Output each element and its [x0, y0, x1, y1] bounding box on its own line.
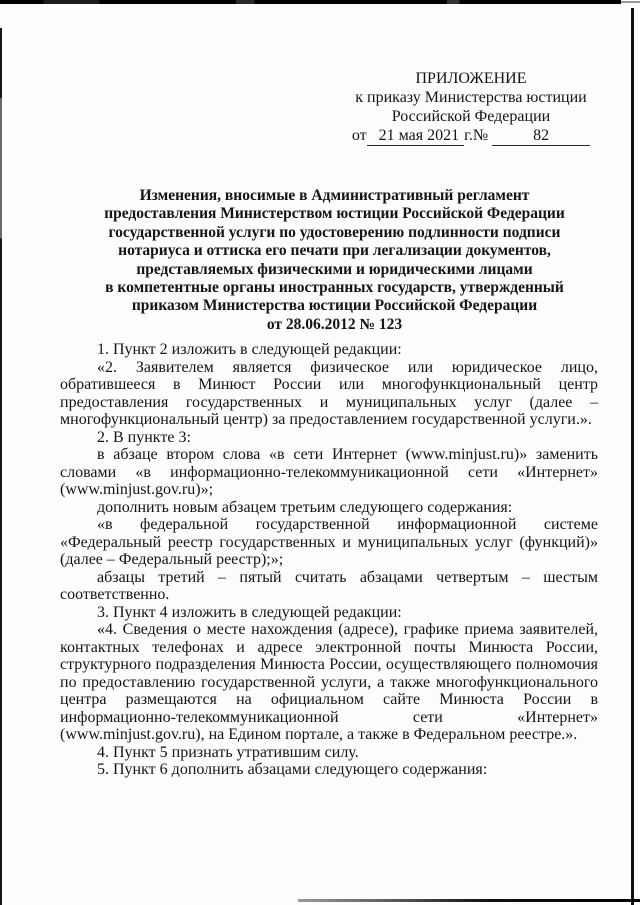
scan-edge-top-right [621, 1, 640, 3]
title-line: в компетентные органы иностранных госуда… [62, 279, 607, 297]
body-paragraph: в абзаце втором слова «в сети Интернет (… [60, 446, 598, 499]
body-paragraph: «в федеральной государственной информаци… [60, 516, 598, 569]
scan-edge-top [0, 0, 621, 4]
appendix-date-line: от21 мая 2021г.№ 82 [330, 126, 612, 146]
body-paragraph: 4. Пункт 5 признать утратившим силу. [60, 744, 598, 762]
order-number-blank: 82 [492, 126, 590, 146]
title-line: нотариуса и оттиска его печати при легал… [62, 242, 607, 260]
body-paragraph: «2. Заявителем является физическое или ю… [60, 359, 598, 429]
title-line: представляемых физическими и юридическим… [62, 261, 607, 279]
body-paragraph: дополнить новым абзацем третьим следующе… [60, 499, 598, 517]
document-body: 1. Пункт 2 изложить в следующей редакции… [60, 341, 598, 779]
document-title: Изменения, вносимые в Административный р… [62, 187, 607, 334]
title-line: предоставления Министерством юстиции Рос… [62, 205, 607, 223]
appendix-label: ПРИЛОЖЕНИЕ [330, 69, 612, 88]
document-page: ПРИЛОЖЕНИЕ к приказу Министерства юстици… [0, 0, 640, 905]
date-prefix: от [352, 127, 367, 144]
appendix-org-line: Российской Федерации [330, 107, 612, 126]
body-paragraph: 1. Пункт 2 изложить в следующей редакции… [60, 341, 598, 359]
title-line: Изменения, вносимые в Административный р… [62, 187, 607, 205]
title-line: от 28.06.2012 № 123 [62, 316, 607, 334]
body-paragraph: 5. Пункт 6 дополнить абзацами следующего… [60, 761, 598, 779]
body-paragraph: абзацы третий – пятый считать абзацами ч… [60, 569, 598, 604]
scan-edge-left [0, 28, 2, 905]
title-line: приказом Министерства юстиции Российской… [62, 297, 607, 315]
appendix-order-line: к приказу Министерства юстиции [330, 88, 612, 107]
appendix-header: ПРИЛОЖЕНИЕ к приказу Министерства юстици… [330, 69, 612, 146]
date-blank: 21 мая 2021 [367, 126, 464, 146]
body-paragraph: «4. Сведения о месте нахождения (адресе)… [60, 621, 598, 744]
date-suffix: г.№ [464, 127, 488, 144]
scan-edge-right [631, 8, 634, 905]
body-paragraph: 2. В пункте 3: [60, 429, 598, 447]
body-paragraph: 3. Пункт 4 изложить в следующей редакции… [60, 604, 598, 622]
title-line: государственной услуги по удостоверению … [62, 224, 607, 242]
scan-edge-bottom [298, 899, 640, 902]
